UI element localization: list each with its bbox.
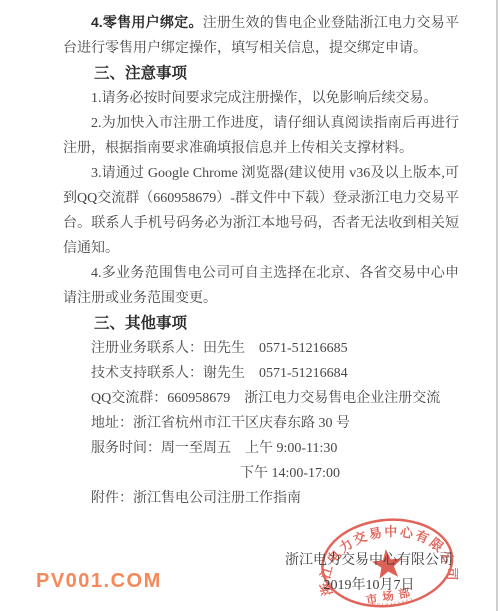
- scan-edge-line: [496, 0, 498, 611]
- paragraph-note-1: 1.请务必按时间要求完成注册操作，以免影响后续交易。: [63, 86, 459, 111]
- paragraph-retail-binding: 4.零售用户绑定。注册生效的售电企业登陆浙江电力交易平台进行零售用户绑定操作，填…: [63, 10, 459, 61]
- signature-block: 浙江电力交易中心有限公司 2019年10月7日: [285, 548, 453, 598]
- paragraph-note-4: 4.多业务范围售电公司可自主选择在北京、各省交易中心申请注册或业务范围变更。: [63, 261, 459, 311]
- heading-other-items: 三、其他事项: [63, 311, 459, 336]
- watermark-pv001: PV001.COM: [36, 570, 162, 593]
- paragraph-note-2: 2.为加快入市注册工作进度，请仔细认真阅读指南后再进行注册，根据指南要求准确填报…: [63, 111, 459, 161]
- heading-notes: 三、注意事项: [63, 61, 459, 86]
- address-line: 地址：浙江省杭州市江干区庆春东路 30 号: [63, 411, 459, 436]
- paragraph-retail-binding-lead: 4.零售用户绑定。: [91, 14, 203, 30]
- signature-company: 浙江电力交易中心有限公司: [285, 548, 453, 573]
- service-time-morning-line: 服务时间：周一至周五 上午 9:00-11:30: [63, 436, 459, 461]
- paragraph-note-3: 3.请通过 Google Chrome 浏览器(建议使用 v36及以上版本,可到…: [63, 161, 459, 261]
- contact-tech-support-line: 技术支持联系人：谢先生 0571-51216684: [63, 361, 459, 386]
- contact-qq-group-line: QQ交流群：660958679 浙江电力交易售电企业注册交流: [63, 386, 459, 411]
- document-page: 4.零售用户绑定。注册生效的售电企业登陆浙江电力交易平台进行零售用户绑定操作，填…: [63, 10, 459, 511]
- contact-registration-line: 注册业务联系人：田先生 0571-51216685: [63, 336, 459, 361]
- service-time-afternoon-line: 下午 14:00-17:00: [240, 461, 459, 486]
- signature-date: 2019年10月7日: [285, 573, 453, 598]
- attachment-line: 附件：浙江售电公司注册工作指南: [63, 486, 459, 511]
